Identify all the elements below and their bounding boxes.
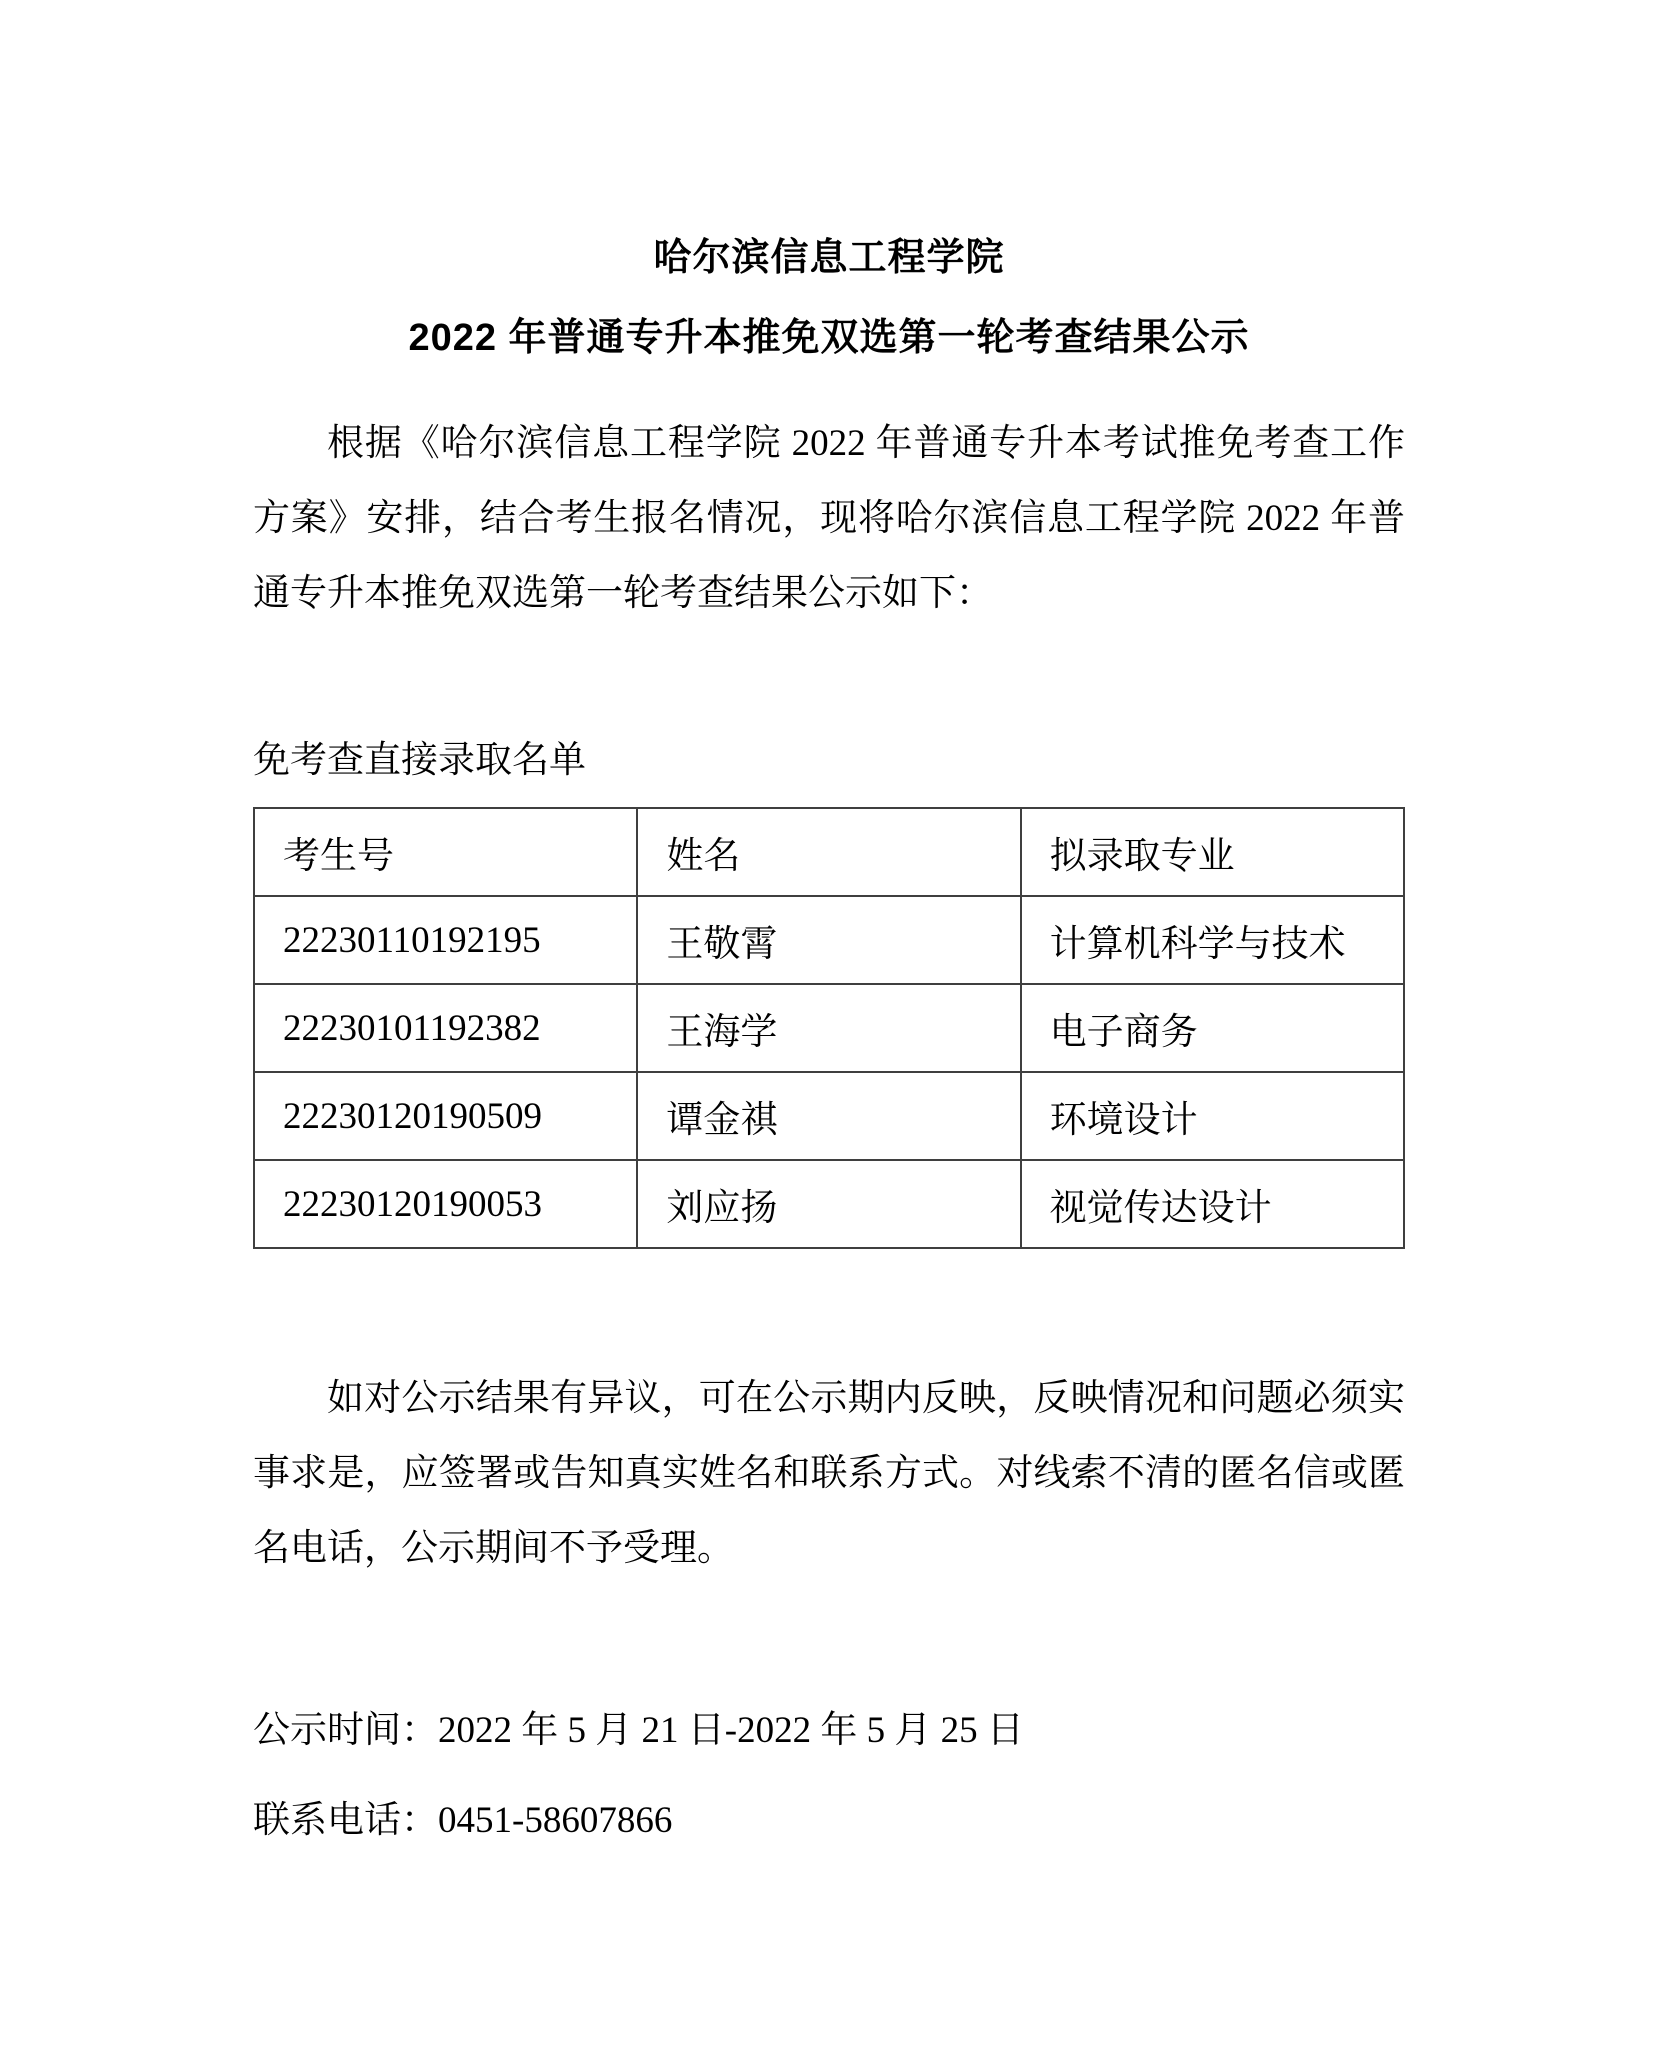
- cell-major: 计算机科学与技术: [1021, 896, 1404, 984]
- table-row: 22230101192382 王海学 电子商务: [254, 984, 1404, 1072]
- col-header-candidate-id: 考生号: [254, 808, 637, 896]
- cell-major: 视觉传达设计: [1021, 1160, 1404, 1248]
- table-header-row: 考生号 姓名 拟录取专业: [254, 808, 1404, 896]
- intro-paragraph: 根据《哈尔滨信息工程学院 2022 年普通专升本考试推免考查工作方案》安排，结合…: [253, 406, 1405, 631]
- col-header-name: 姓名: [637, 808, 1020, 896]
- exempt-list-title: 免考查直接录取名单: [253, 741, 1405, 781]
- cell-name: 王敬霄: [637, 896, 1020, 984]
- table-row: 22230120190053 刘应扬 视觉传达设计: [254, 1160, 1404, 1248]
- doc-subtitle: 2022 年普通专升本推免双选第一轮考查结果公示: [253, 308, 1405, 368]
- table-row: 22230110192195 王敬霄 计算机科学与技术: [254, 896, 1404, 984]
- cell-major: 环境设计: [1021, 1072, 1404, 1160]
- cell-major: 电子商务: [1021, 984, 1404, 1072]
- cell-candidate-id: 22230120190509: [254, 1072, 637, 1160]
- cell-candidate-id: 22230101192382: [254, 984, 637, 1072]
- cell-candidate-id: 22230120190053: [254, 1160, 637, 1248]
- publicity-period: 公示时间：2022 年 5 月 21 日-2022 年 5 月 25 日: [253, 1711, 1405, 1751]
- document-page: 哈尔滨信息工程学院 2022 年普通专升本推免双选第一轮考查结果公示 根据《哈尔…: [0, 0, 1653, 2060]
- cell-name: 王海学: [637, 984, 1020, 1072]
- col-header-major: 拟录取专业: [1021, 808, 1404, 896]
- table-row: 22230120190509 谭金祺 环境设计: [254, 1072, 1404, 1160]
- doc-title: 哈尔滨信息工程学院: [253, 228, 1405, 288]
- objection-paragraph: 如对公示结果有异议，可在公示期内反映，反映情况和问题必须实事求是，应签署或告知真…: [253, 1361, 1405, 1586]
- contact-phone: 联系电话：0451-58607866: [253, 1801, 1405, 1841]
- cell-name: 谭金祺: [637, 1072, 1020, 1160]
- cell-name: 刘应扬: [637, 1160, 1020, 1248]
- cell-candidate-id: 22230110192195: [254, 896, 637, 984]
- admission-table: 考生号 姓名 拟录取专业 22230110192195 王敬霄 计算机科学与技术…: [253, 807, 1405, 1249]
